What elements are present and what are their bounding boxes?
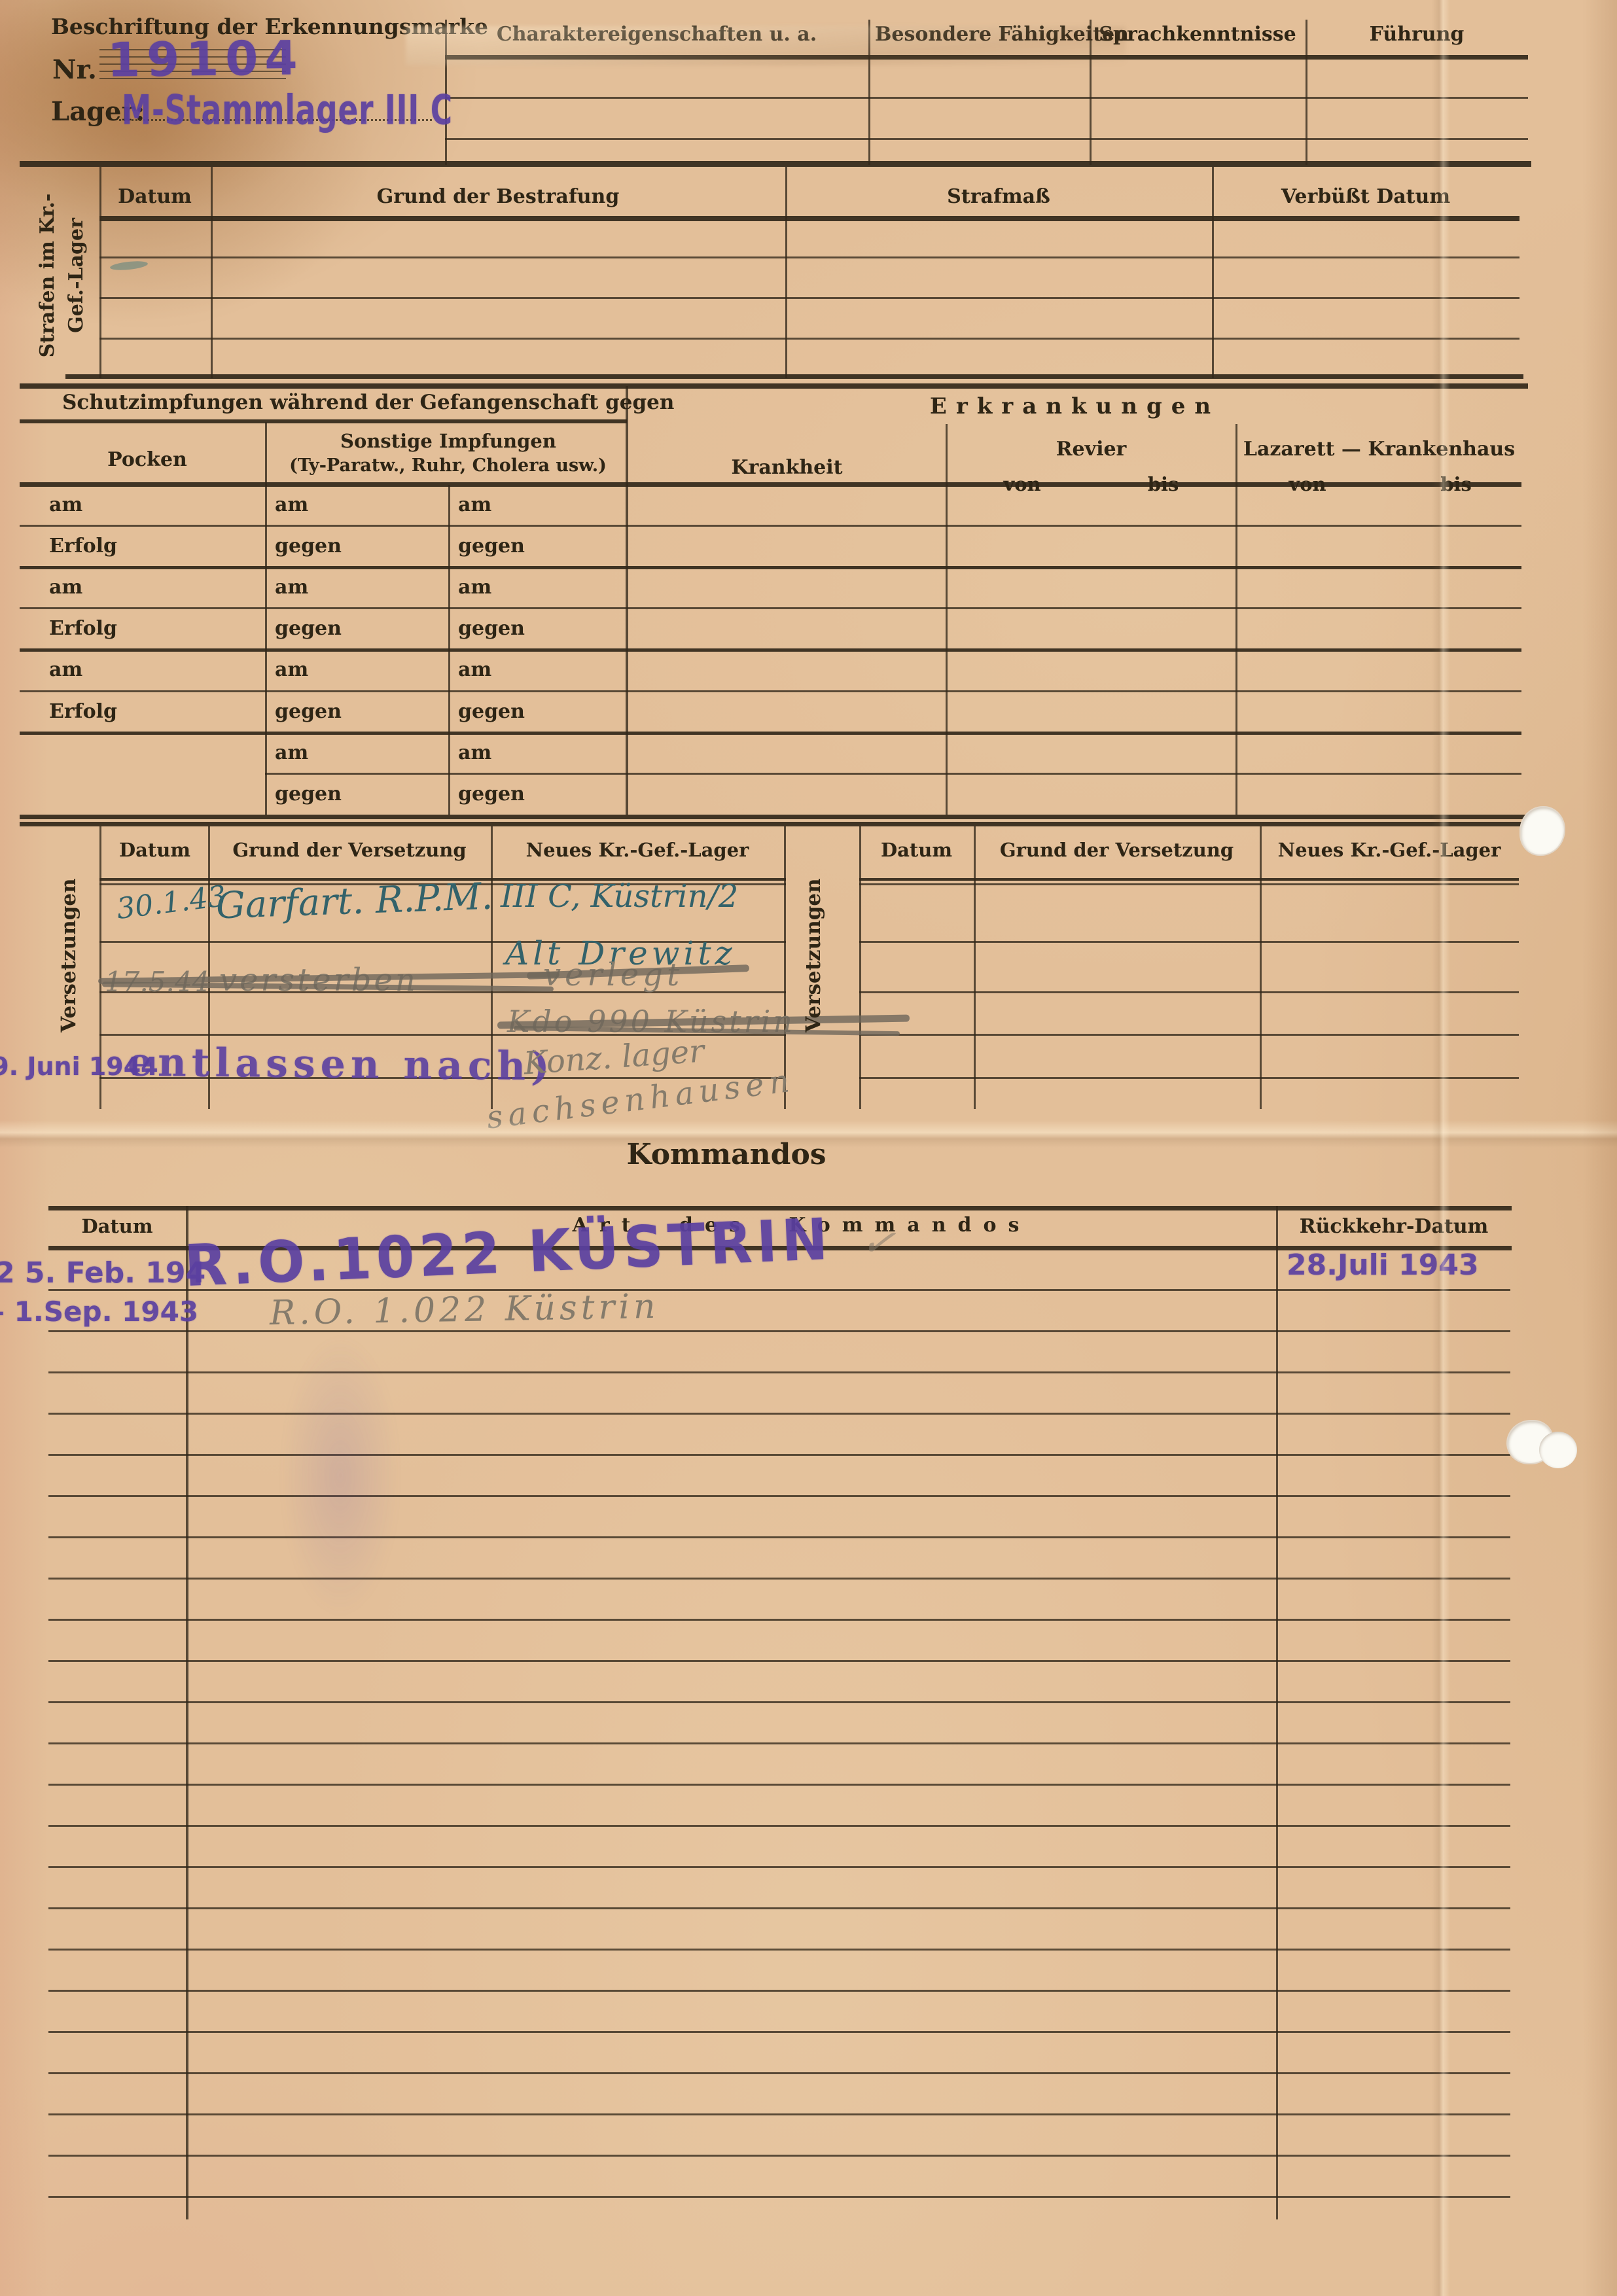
impfungen-cell: am bbox=[49, 494, 82, 517]
rule-line bbox=[859, 878, 1519, 881]
impfungen-cell: am bbox=[275, 659, 308, 682]
release-destination-pencil-line1: Konz. lager bbox=[522, 1033, 705, 1082]
impfungen-cell: gegen bbox=[275, 783, 342, 806]
impfungen-col-sonstige-line2: (Ty-Paratw., Ruhr, Cholera usw.) bbox=[270, 455, 626, 476]
pow-record-card: Beschriftung der Erkennungsmarke Nr. 191… bbox=[0, 0, 1617, 2296]
rule-line bbox=[48, 1371, 1510, 1373]
rule-line bbox=[859, 883, 1519, 885]
impfungen-cell: gegen bbox=[458, 701, 525, 724]
ink-smudge bbox=[110, 260, 149, 272]
rule-line bbox=[48, 1949, 1510, 1951]
rule-line bbox=[99, 297, 1519, 299]
rule-line bbox=[48, 2072, 1510, 2074]
versetzungen-right-col-neues: Neues Kr.-Gef.-Lager bbox=[1260, 839, 1519, 861]
rule-line bbox=[20, 690, 1521, 692]
strafen-col-strafmass: Strafmaß bbox=[785, 186, 1212, 209]
nr-label: Nr. bbox=[52, 55, 97, 85]
rule-line bbox=[99, 338, 1519, 340]
punch-hole bbox=[1539, 1432, 1577, 1468]
rule-line bbox=[48, 1578, 1510, 1580]
erkrankungen-lazarett-bis: bis bbox=[1391, 474, 1521, 495]
rule-line bbox=[20, 566, 1521, 569]
rule-line bbox=[48, 1784, 1510, 1786]
impfungen-col-pocken: Pocken bbox=[39, 449, 255, 472]
versetzungen-left-col-grund: Grund der Versetzung bbox=[208, 839, 491, 861]
impfungen-cell: gegen bbox=[275, 535, 342, 558]
rule-line bbox=[859, 826, 861, 1109]
impfungen-cell: am bbox=[458, 742, 491, 765]
erkrankungen-revier-bis: bis bbox=[1090, 474, 1237, 495]
rule-line bbox=[445, 138, 1528, 140]
rule-line bbox=[48, 2113, 1510, 2115]
rule-line bbox=[1276, 1206, 1278, 2219]
kommando-unit-pencil: R.O. 1.022 Küstrin bbox=[270, 1287, 660, 1333]
strafen-col-grund: Grund der Bestrafung bbox=[211, 186, 785, 209]
rule-line bbox=[20, 822, 1528, 826]
rule-line bbox=[1260, 826, 1262, 1109]
vertical-crease bbox=[1432, 0, 1450, 2296]
rule-line bbox=[48, 1742, 1510, 1744]
rule-line bbox=[48, 1330, 1510, 1332]
erkrankungen-col-krankheit: Krankheit bbox=[628, 457, 946, 480]
rule-line bbox=[859, 941, 1519, 943]
rule-line bbox=[48, 1990, 1510, 1992]
col-fuehrung: Führung bbox=[1312, 24, 1521, 46]
rule-line bbox=[445, 55, 1528, 60]
rule-line bbox=[626, 386, 628, 815]
kommandos-title: Kommandos bbox=[589, 1139, 864, 1172]
rule-line bbox=[48, 2155, 1510, 2157]
versetzungen-left-col-datum: Datum bbox=[101, 839, 208, 861]
impfungen-cell: am bbox=[275, 742, 308, 765]
rule-line bbox=[48, 2031, 1510, 2033]
purple-ink-smear bbox=[281, 1335, 399, 1616]
impfungen-cell: gegen bbox=[458, 535, 525, 558]
versetzungen-right-col-grund: Grund der Versetzung bbox=[974, 839, 1260, 861]
erkrankungen-col-lazarett: Lazarett — Krankenhaus bbox=[1237, 438, 1521, 461]
released-to-stamp: entlassen nach) bbox=[128, 1040, 555, 1090]
impfungen-cell: am bbox=[49, 576, 82, 599]
rule-line bbox=[20, 732, 1521, 735]
erkrankungen-revier-von: von bbox=[950, 474, 1094, 495]
col-sprachkenntnisse: Sprachkenntnisse bbox=[1096, 24, 1299, 46]
rule-line bbox=[20, 525, 1521, 527]
strafen-col-verbuesst: Verbüßt Datum bbox=[1212, 186, 1519, 209]
rule-line bbox=[99, 216, 1519, 221]
versetzungen-side-label-right: Versetzungen bbox=[802, 834, 826, 1076]
camp-name-stamp: M-Stammlager III C bbox=[122, 86, 453, 133]
rule-line bbox=[20, 383, 1528, 389]
versetzung-entry1-neues-line1: III C, Küstrin/2 bbox=[501, 878, 738, 915]
rule-line bbox=[48, 1907, 1510, 1909]
versetzungen-side-label-left: Versetzungen bbox=[58, 834, 81, 1076]
rule-line bbox=[265, 422, 267, 815]
kommando-date-stamp-row1: 2 5. Feb. 194 bbox=[0, 1256, 205, 1290]
rule-line bbox=[859, 1034, 1519, 1036]
impfungen-cell: gegen bbox=[275, 701, 342, 724]
col-besondere-faehigkeiten: Besondere Fähigkeiten bbox=[875, 24, 1083, 46]
impfungen-cell: am bbox=[458, 659, 491, 682]
rule-line bbox=[48, 1866, 1510, 1868]
col-charaktereigenschaften: Charaktereigenschaften u. a. bbox=[452, 24, 862, 46]
versetzungen-right-col-datum: Datum bbox=[859, 839, 974, 861]
rule-line bbox=[20, 419, 627, 423]
impfungen-cell: Erfolg bbox=[49, 701, 117, 724]
rule-line bbox=[99, 256, 1519, 258]
rule-line bbox=[65, 374, 1523, 379]
rule-line bbox=[859, 1077, 1519, 1079]
rule-line bbox=[48, 2196, 1510, 2198]
rule-line bbox=[48, 1660, 1510, 1662]
impfungen-cell: gegen bbox=[458, 618, 525, 641]
kommandos-col-datum: Datum bbox=[48, 1216, 186, 1237]
rule-line bbox=[48, 1825, 1510, 1827]
kommando-date-stamp-row2: – 1.Sep. 1943 bbox=[0, 1296, 198, 1328]
rule-line bbox=[48, 1454, 1510, 1456]
rule-line bbox=[48, 1495, 1510, 1497]
pencil-check-mark: ✓ bbox=[858, 1216, 898, 1269]
impfungen-col-sonstige-line1: Sonstige Impfungen bbox=[275, 431, 622, 452]
rule-line bbox=[48, 1536, 1510, 1538]
erkrankungen-col-revier: Revier bbox=[946, 438, 1237, 461]
impfungen-cell: Erfolg bbox=[49, 618, 117, 641]
impfungen-title: Schutzimpfungen während der Gefangenscha… bbox=[62, 391, 674, 415]
versetzung-entry1-datum: 30.1.43 bbox=[115, 879, 228, 926]
rule-line bbox=[20, 607, 1521, 609]
rule-line bbox=[48, 1413, 1510, 1415]
rule-line bbox=[48, 1701, 1510, 1703]
impfungen-cell: gegen bbox=[275, 618, 342, 641]
strafen-col-datum: Datum bbox=[101, 186, 208, 209]
impfungen-cell: am bbox=[458, 494, 491, 517]
erkrankungen-lazarett-von: von bbox=[1242, 474, 1373, 495]
kommandos-col-rueckkehr: Rückkehr-Datum bbox=[1276, 1216, 1512, 1239]
rule-line bbox=[868, 20, 870, 165]
impfungen-cell: am bbox=[49, 659, 82, 682]
right-edge-shading bbox=[1582, 0, 1617, 2296]
rule-line bbox=[186, 1206, 188, 2219]
impfungen-cell: Erfolg bbox=[49, 535, 117, 558]
rule-line bbox=[1306, 20, 1307, 165]
rule-line bbox=[946, 424, 948, 815]
rule-line bbox=[859, 991, 1519, 993]
erkrankungen-title: Erkrankungen bbox=[628, 394, 1521, 419]
rule-line bbox=[445, 97, 1528, 99]
strafen-side-label-line1: Strafen im Kr.- bbox=[37, 168, 60, 383]
versetzung-entry1-grund: Garfart. R.P.M. bbox=[215, 875, 493, 928]
prisoner-number-stamp: 19104 bbox=[107, 30, 304, 87]
kommando-return-date-stamp: 28.Juli 1943 bbox=[1287, 1248, 1479, 1282]
rule-line bbox=[48, 1619, 1510, 1621]
rule-line bbox=[265, 773, 1521, 775]
punch-hole bbox=[1519, 806, 1565, 856]
impfungen-cell: gegen bbox=[458, 783, 525, 806]
versetzungen-left-col-neues: Neues Kr.-Gef.-Lager bbox=[491, 839, 784, 861]
kommando-unit-stamp: R.O.1022 KÜSTRIN bbox=[183, 1206, 834, 1299]
strafen-side-label-line2: Gef.-Lager bbox=[65, 168, 88, 383]
impfungen-cell: am bbox=[458, 576, 491, 599]
impfungen-cell: am bbox=[275, 576, 308, 599]
rule-line bbox=[20, 648, 1521, 652]
rule-line bbox=[20, 161, 1531, 167]
rule-line bbox=[974, 826, 976, 1109]
impfungen-cell: am bbox=[275, 494, 308, 517]
rule-line bbox=[20, 815, 1528, 819]
